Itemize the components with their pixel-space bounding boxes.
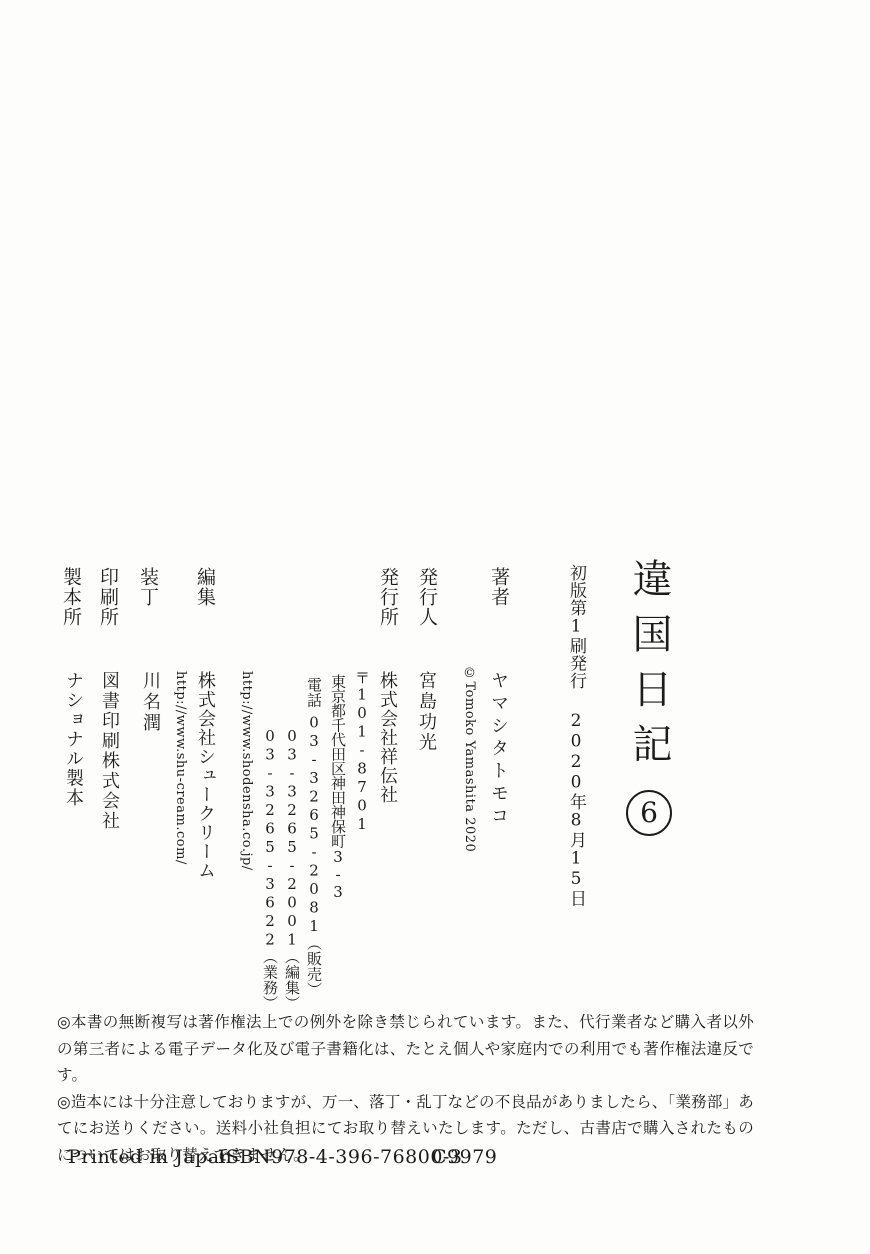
phone-business: 03-3265-3622（業務）	[262, 727, 277, 1011]
printed-in-japan: Printed in Japan	[68, 1146, 232, 1168]
editor-name: 株式会社シュークリーム	[196, 671, 214, 880]
printer-name: 図書印刷株式会社	[100, 671, 118, 831]
designer-label: 装丁	[138, 567, 157, 607]
binder-name: ナショナル製本	[64, 671, 82, 808]
publisher-label: 発行所	[378, 567, 397, 627]
edition-text: 初版第1刷発行	[566, 564, 586, 690]
phone-editorial: 03-3265-2001（編集）	[284, 727, 299, 1011]
phone-sales: 電話 03-3265-2081（販売）	[306, 677, 321, 997]
editor-url: http://www.shu-cream.com/	[174, 671, 187, 865]
printer-label: 印刷所	[98, 567, 117, 627]
designer-name: 川名潤	[141, 671, 159, 734]
author-name: ヤマシタトモコ	[489, 671, 507, 829]
publication-date: 2020年8月15日	[567, 711, 584, 907]
author-label: 著者	[489, 567, 508, 607]
publisher-url: http://www.shodensha.co.jp/	[240, 671, 253, 871]
issuer-label: 発行人	[417, 567, 436, 627]
publisher-name: 株式会社祥伝社	[378, 671, 396, 804]
publisher-address: 東京都千代田区神田神保町3-3	[330, 674, 345, 901]
book-title-text: 違国日記	[626, 558, 672, 778]
issuer-name: 宮島功光	[417, 671, 435, 753]
edition-statement: 初版第1刷発行2020年8月15日	[567, 564, 584, 907]
editor-label: 編集	[195, 567, 214, 607]
binder-label: 製本所	[61, 567, 80, 627]
notice-copyright: ◎本書の無断複写は著作権法上での例外を除き禁じられています。また、代行業者など購…	[57, 1009, 754, 1089]
volume-badge: 6	[626, 790, 672, 836]
book-title: 違国日記6	[626, 558, 672, 836]
legal-notices: ◎本書の無断複写は著作権法上での例外を除き禁じられています。また、代行業者など購…	[57, 1009, 754, 1168]
colophon-page: 違国日記6 初版第1刷発行2020年8月15日 著者 ヤマシタトモコ ©Tomo…	[0, 0, 870, 1254]
copyright-notice: ©Tomoko Yamashita 2020	[463, 666, 476, 852]
postal-code: 〒101-8701	[354, 670, 369, 834]
isbn: ISBN978-4-396-76800-3	[218, 1146, 462, 1168]
c-code: C9979	[432, 1146, 497, 1168]
